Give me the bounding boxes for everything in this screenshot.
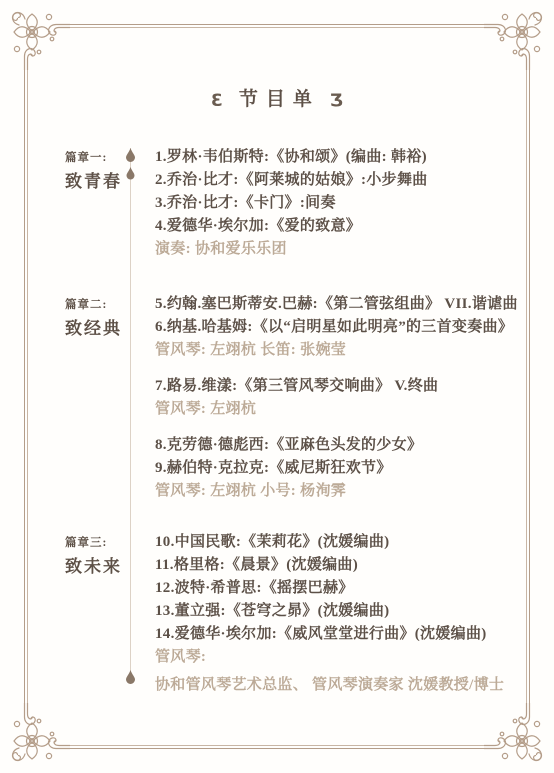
program-section: 篇章一:致青春1.罗林·韦伯斯特:《协和颂》(编曲: 韩裕)2.乔治·比才:《阿…	[65, 146, 525, 261]
program-item: 2.乔治·比才:《阿莱城的姑娘》:小步舞曲	[155, 169, 428, 192]
performer-credit: 协和管风琴艺术总监、 管风琴演奏家 沈媛教授/博士	[155, 674, 504, 697]
program-item: 3.乔治·比才:《卡门》:间奏	[155, 192, 428, 215]
program-item: 13.董立强:《苍穹之昴》(沈媛编曲)	[155, 600, 504, 623]
corner-ornament-icon	[6, 703, 70, 767]
section-items: 10.中国民歌:《茉莉花》(沈媛编曲)11.格里格:《晨景》(沈媛编曲)12.波…	[155, 531, 504, 697]
section-name: 致未来	[65, 552, 130, 577]
section-name: 致经典	[65, 314, 130, 339]
program-group: 1.罗林·韦伯斯特:《协和颂》(编曲: 韩裕)2.乔治·比才:《阿莱城的姑娘》:…	[155, 146, 428, 261]
page-title-row: Ɛ节目单Ʒ	[0, 84, 554, 111]
program-item: 9.赫伯特·克拉克:《威尼斯狂欢节》	[155, 457, 518, 480]
program-sections: 篇章一:致青春1.罗林·韦伯斯特:《协和颂》(编曲: 韩裕)2.乔治·比才:《阿…	[65, 146, 525, 697]
program-item: 12.波特·希普思:《摇摆巴赫》	[155, 577, 504, 600]
program-group: 5.约翰.塞巴斯蒂安.巴赫:《第二管弦组曲》 VII.谐谑曲6.纳基.哈基姆:《…	[155, 293, 518, 362]
program-item: 1.罗林·韦伯斯特:《协和颂》(编曲: 韩裕)	[155, 146, 428, 169]
corner-ornament-icon	[484, 703, 548, 767]
program-item: 7.路易.维漾:《第三管风琴交响曲》 V.终曲	[155, 375, 518, 398]
program-item: 8.克劳德·德彪西:《亚麻色头发的少女》	[155, 434, 518, 457]
section-chapter: 篇章三:	[65, 531, 130, 550]
performer-credit: 演奏: 协和爱乐乐团	[155, 238, 428, 261]
program-page: Ɛ节目单Ʒ 篇章一:致青春1.罗林·韦伯斯特:《协和颂》(编曲: 韩裕)2.乔治…	[0, 0, 554, 773]
page-title: 节目单	[239, 84, 320, 111]
title-flourish-right-icon: Ʒ	[330, 91, 343, 111]
performer-credit: 管风琴: 左翊杭 长笛: 张婉莹	[155, 339, 518, 362]
title-flourish-left-icon: Ɛ	[211, 91, 223, 111]
program-item: 11.格里格:《晨景》(沈媛编曲)	[155, 554, 504, 577]
section-label: 篇章三:致未来	[65, 531, 130, 697]
program-item: 6.纳基.哈基姆:《以“启明星如此明亮”的三首变奏曲》	[155, 316, 518, 339]
performer-credit: 管风琴: 左翊杭 小号: 杨洵霁	[155, 480, 518, 503]
program-item: 5.约翰.塞巴斯蒂安.巴赫:《第二管弦组曲》 VII.谐谑曲	[155, 293, 518, 316]
section-name: 致青春	[65, 167, 130, 192]
program: 篇章一:致青春1.罗林·韦伯斯特:《协和颂》(编曲: 韩裕)2.乔治·比才:《阿…	[65, 146, 525, 697]
section-chapter: 篇章一:	[65, 146, 130, 165]
program-section: 篇章三:致未来10.中国民歌:《茉莉花》(沈媛编曲)11.格里格:《晨景》(沈媛…	[65, 531, 525, 697]
program-item: 14.爱德华·埃尔加:《威风堂堂进行曲》(沈媛编曲)	[155, 623, 504, 646]
section-items: 5.约翰.塞巴斯蒂安.巴赫:《第二管弦组曲》 VII.谐谑曲6.纳基.哈基姆:《…	[155, 293, 518, 503]
program-group: 10.中国民歌:《茉莉花》(沈媛编曲)11.格里格:《晨景》(沈媛编曲)12.波…	[155, 531, 504, 697]
program-group: 7.路易.维漾:《第三管风琴交响曲》 V.终曲管风琴: 左翊杭	[155, 375, 518, 421]
section-label: 篇章一:致青春	[65, 146, 130, 261]
program-section: 篇章二:致经典5.约翰.塞巴斯蒂安.巴赫:《第二管弦组曲》 VII.谐谑曲6.纳…	[65, 293, 525, 503]
program-item: 4.爱德华·埃尔加:《爱的致意》	[155, 215, 428, 238]
section-label: 篇章二:致经典	[65, 293, 130, 503]
corner-ornament-icon	[6, 6, 70, 70]
section-items: 1.罗林·韦伯斯特:《协和颂》(编曲: 韩裕)2.乔治·比才:《阿莱城的姑娘》:…	[155, 146, 428, 261]
performer-credit: 管风琴:	[155, 646, 504, 669]
corner-ornament-icon	[484, 6, 548, 70]
program-group: 8.克劳德·德彪西:《亚麻色头发的少女》9.赫伯特·克拉克:《威尼斯狂欢节》管风…	[155, 434, 518, 503]
program-item: 10.中国民歌:《茉莉花》(沈媛编曲)	[155, 531, 504, 554]
section-chapter: 篇章二:	[65, 293, 130, 312]
performer-credit: 管风琴: 左翊杭	[155, 398, 518, 421]
